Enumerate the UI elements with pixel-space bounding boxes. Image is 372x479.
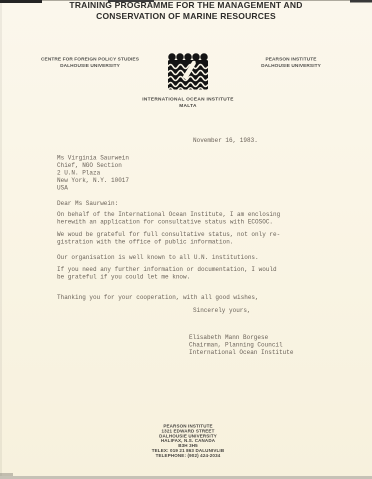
body-paragraph-2: We woud be grateful for full consultativ… [57, 231, 280, 246]
signature-block: Elisabeth Mann Borgese Chairman, Plannin… [189, 334, 293, 357]
letterhead-org-right: PEARSON INSTITUTE DALHOUSIE UNIVERSITY [221, 56, 361, 69]
body-paragraph-3: Our organisation is well known to all U.… [57, 254, 259, 262]
letterhead-org-left: CENTRE FOR FOREIGN POLICY STUDIES DALHOU… [20, 56, 160, 69]
scan-artifact-left-edge [0, 0, 2, 479]
body-paragraph-4: If you need any further information or d… [57, 266, 277, 281]
footer-address: PEARSON INSTITUTE 1321 EDWARD STREET DAL… [0, 424, 372, 458]
letter-page: TRAINING PROGRAMME FOR THE MANAGEMENT AN… [0, 0, 372, 479]
letter-date: November 16, 1983. [193, 137, 258, 145]
logo-caption: INTERNATIONAL OCEAN INSTITUTE MALTA [118, 96, 258, 109]
body-paragraph-1: On behalf of the International Ocean Ins… [57, 211, 280, 226]
body-paragraph-5: Thanking you for your cooperation, with … [57, 294, 259, 302]
letterhead-title: TRAINING PROGRAMME FOR THE MANAGEMENT AN… [0, 0, 372, 22]
closing: Sincerely yours, [193, 307, 251, 315]
recipient-address: Ms Virginia Saurwein Chief, NGO Section … [57, 155, 129, 193]
ocean-waves-logo-icon [168, 53, 208, 93]
salutation: Dear Ms Saurwein: [57, 200, 118, 208]
